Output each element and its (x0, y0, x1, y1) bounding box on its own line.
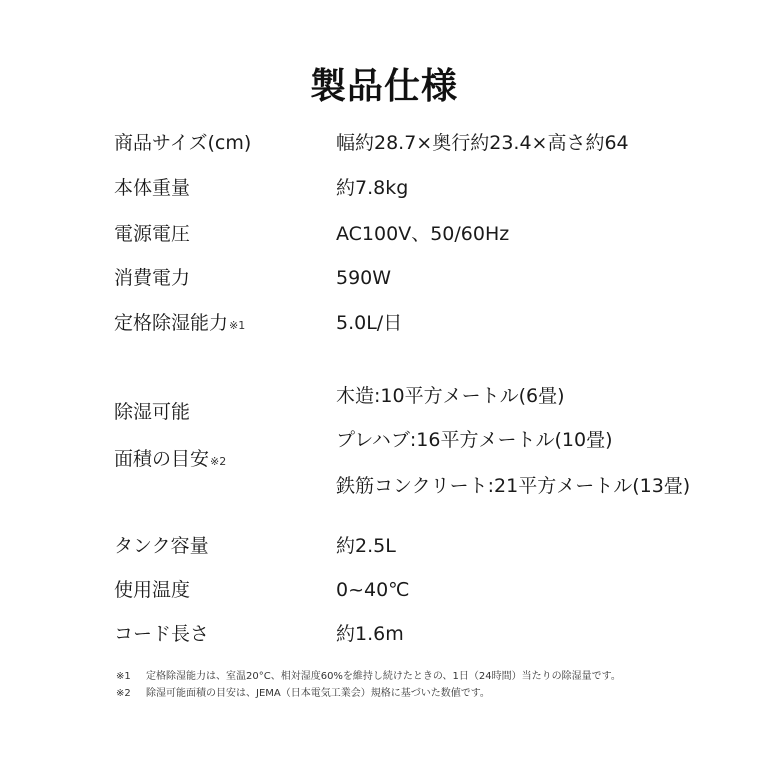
spec-row-power: 消費電力 590W (0, 263, 768, 293)
footnotes: ※1定格除湿能力は、室温20°C、相対湿度60%を維持し続けたときの、1日（24… (116, 668, 621, 702)
footnote-ref: ※1 (229, 319, 245, 332)
page-title: 製品仕様 (0, 58, 768, 109)
spec-row-cord: コード長さ 約1.6m (0, 619, 768, 649)
spec-label: 本体重量 (114, 173, 190, 203)
spec-row-weight: 本体重量 約7.8kg (0, 173, 768, 203)
spec-label: 電源電圧 (114, 219, 190, 249)
spec-label: 消費電力 (114, 263, 190, 293)
spec-row-temperature: 使用温度 0~40℃ (0, 575, 768, 605)
spec-row-dehumidify-capacity: 定格除湿能力※1 5.0L/日 (0, 308, 768, 338)
footnote-2: ※2除湿可能面積の目安は、JEMA（日本電気工業会）規格に基づいた数値です。 (116, 685, 621, 702)
spec-value: 幅約28.7×奥行約23.4×高さ約64 (336, 128, 629, 158)
footnote-ref: ※2 (210, 455, 226, 468)
area-value-prefab: プレハブ:16平方メートル(10畳) (336, 425, 613, 455)
spec-label: タンク容量 (114, 531, 209, 561)
spec-value: 約7.8kg (336, 173, 408, 203)
spec-label: コード長さ (114, 619, 209, 649)
footnote-1: ※1定格除湿能力は、室温20°C、相対湿度60%を維持し続けたときの、1日（24… (116, 668, 621, 685)
spec-label: 定格除湿能力※1 (114, 308, 245, 341)
spec-row-size: 商品サイズ(cm) 幅約28.7×奥行約23.4×高さ約64 (0, 128, 768, 158)
spec-row-voltage: 電源電圧 AC100V、50/60Hz (0, 219, 768, 249)
spec-row-tank: タンク容量 約2.5L (0, 531, 768, 561)
spec-value: AC100V、50/60Hz (336, 219, 509, 249)
spec-value: 0~40℃ (336, 575, 410, 605)
spec-label: 使用温度 (114, 575, 190, 605)
area-value-concrete: 鉄筋コンクリート:21平方メートル(13畳) (336, 471, 690, 501)
area-value-wood: 木造:10平方メートル(6畳) (336, 381, 565, 411)
spec-label: 商品サイズ(cm) (114, 128, 251, 158)
spec-value: 590W (336, 263, 391, 293)
spec-value: 約2.5L (336, 531, 396, 561)
spec-value: 5.0L/日 (336, 308, 402, 338)
spec-value: 約1.6m (336, 619, 404, 649)
